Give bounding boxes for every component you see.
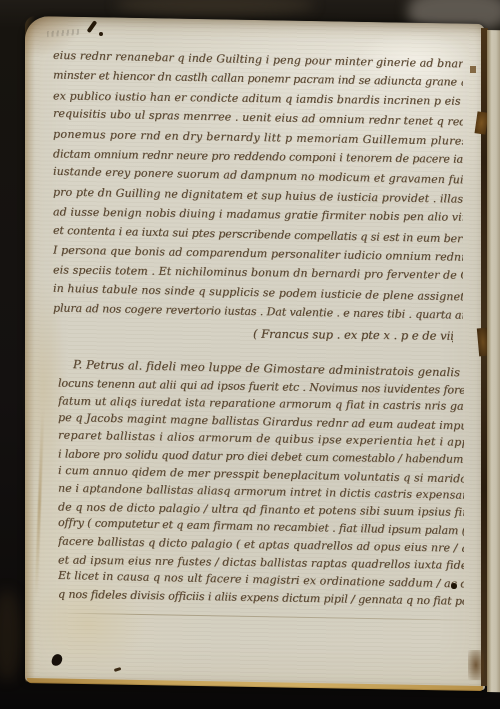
vertical-crease	[35, 408, 45, 598]
background-shadow-patch	[0, 590, 22, 680]
paragraph-2: P. Petrus al. fideli meo luppe de Gimost…	[58, 357, 464, 610]
manuscript-page: eius rednr renanebar q inde Guilting i p…	[25, 16, 485, 690]
background-shadow-patch	[115, 0, 315, 16]
left-edge-browning	[25, 16, 35, 682]
ink-dot	[451, 583, 457, 589]
gutter-stain	[470, 66, 476, 73]
horizontal-crease	[57, 613, 481, 621]
centered-note: ( Francus sup . ex pte x . p e de viij .	[253, 326, 453, 344]
gutter-stain	[468, 650, 484, 680]
facing-page-edge	[487, 30, 500, 692]
manuscript-photo: eius rednr renanebar q inde Guilting i p…	[0, 0, 500, 709]
paragraph-1: eius rednr renanebar q inde Guilting i p…	[53, 46, 463, 325]
gilt-bottom-edge	[27, 678, 483, 691]
ink-dot	[99, 32, 103, 36]
